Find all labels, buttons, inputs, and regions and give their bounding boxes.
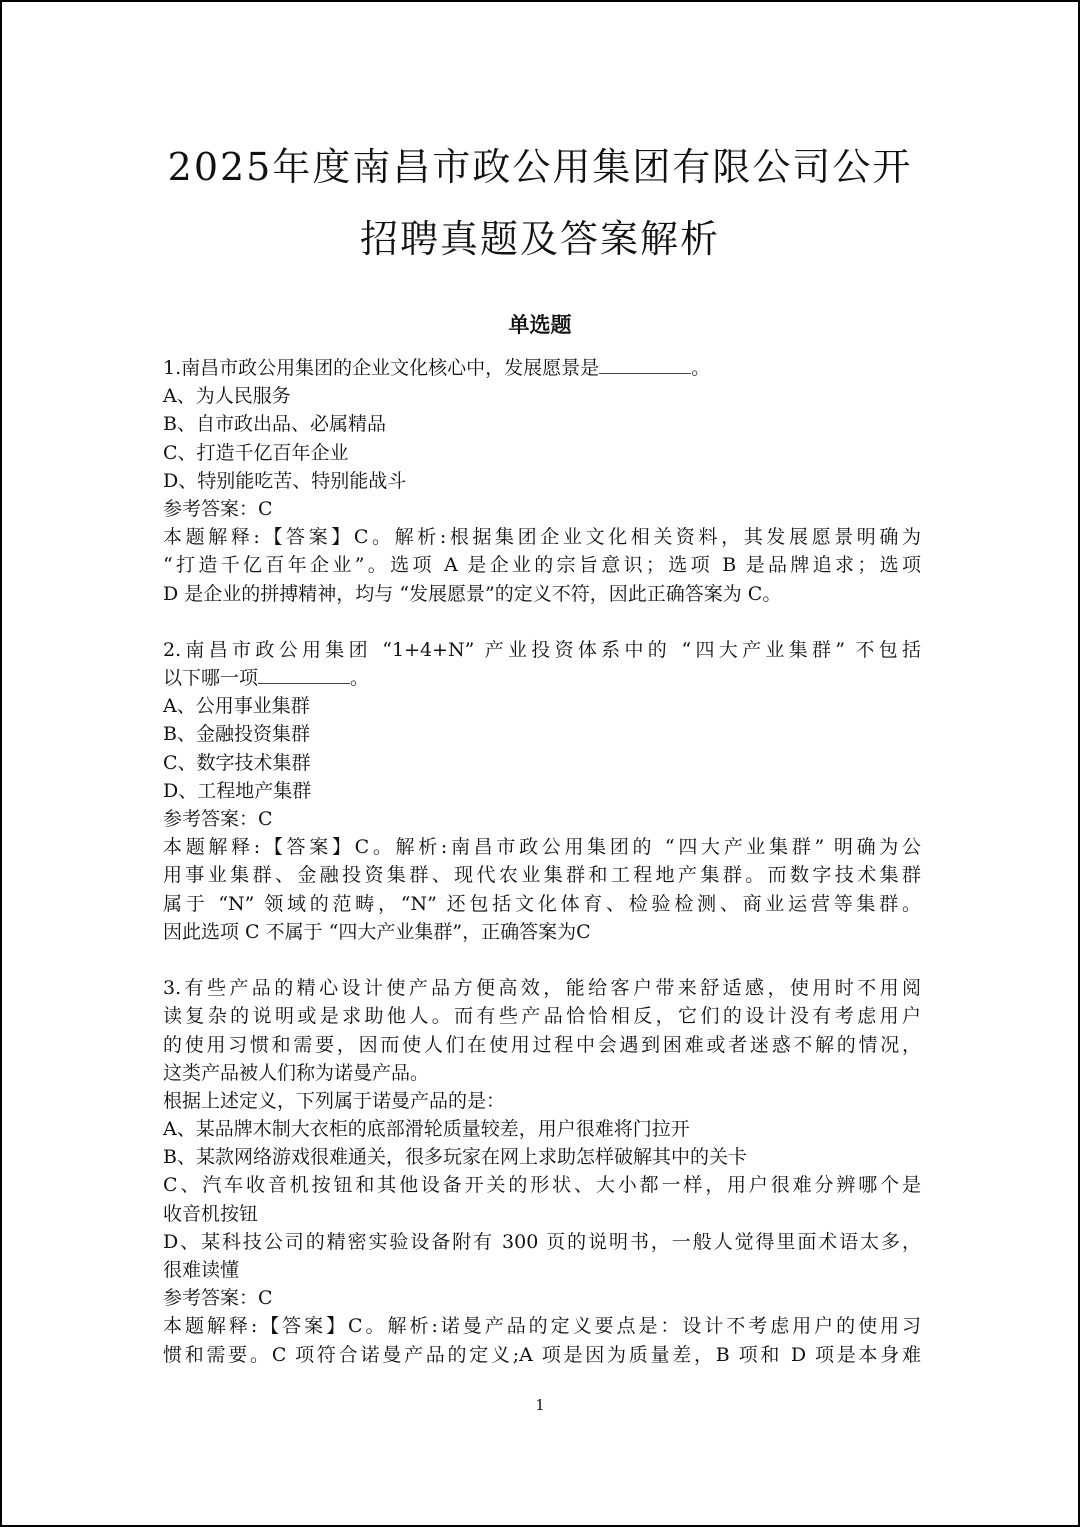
- question-stem: 的使用习惯和需要，因而使人们在使用过程中会遇到困难或者迷惑不解的情况，: [163, 1031, 921, 1059]
- question-prompt: 根据上述定义，下列属于诺曼产品的是：: [163, 1087, 921, 1115]
- option-b: B、金融投资集群: [163, 720, 921, 748]
- option-a: A、某品牌木制大衣柜的底部滑轮质量较差，用户很难将门拉开: [163, 1115, 921, 1143]
- explanation-line: 属于 “N” 领域的范畴，“N” 还包括文化体育、检验检测、商业运营等集群。: [163, 890, 921, 918]
- explanation-line: 因此选项 C 不属于 “四大产业集群”，正确答案为C: [163, 918, 921, 946]
- option-a: A、公用事业集群: [163, 692, 921, 720]
- option-b: B、某款网络游戏很难通关，很多玩家在网上求助怎样破解其中的关卡: [163, 1143, 921, 1171]
- question-1: 1.南昌市政公用集团的企业文化核心中，发展愿景是。 A、为人民服务 B、自市政出…: [163, 354, 921, 608]
- option-c: C、打造千亿百年企业: [163, 439, 921, 467]
- explanation-line: “打造千亿百年企业”。选项 A 是企业的宗旨意识；选项 B 是品牌追求；选项: [163, 551, 921, 579]
- answer-blank: [258, 665, 350, 684]
- section-heading-single-choice: 单选题: [2, 311, 1078, 339]
- spacer: [163, 608, 921, 636]
- explanation-line: D 是企业的拼搏精神，均与 “发展愿景”的定义不符，因此正确答案为 C。: [163, 580, 921, 608]
- option-d: D、特别能吃苦、特别能战斗: [163, 467, 921, 495]
- explanation-line: 用事业集群、金融投资集群、现代农业集群和工程地产集群。而数字技术集群: [163, 861, 921, 889]
- explanation-line: 惯和需要。C 项符合诺曼产品的定义;A 项是因为质量差，B 项和 D 项是本身难: [163, 1341, 921, 1369]
- reference-answer: 参考答案：C: [163, 495, 921, 523]
- spacer: [163, 946, 921, 974]
- explanation-line: 本题解释:【答案】C。解析:南昌市政公用集团的 “四大产业集群” 明确为公: [163, 833, 921, 861]
- answer-blank: [599, 355, 691, 374]
- reference-answer: 参考答案：C: [163, 1284, 921, 1312]
- page-number: 1: [2, 1395, 1078, 1415]
- option-d-continued: 很难读懂: [163, 1256, 921, 1284]
- option-c: C、数字技术集群: [163, 749, 921, 777]
- option-c: C、汽车收音机按钮和其他设备开关的形状、大小都一样，用户很难分辨哪个是: [163, 1171, 921, 1199]
- document-title-line-2: 招聘真题及答案解析: [2, 215, 1078, 263]
- explanation-line: 本题解释:【答案】C。解析:诺曼产品的定义要点是：设计不考虑用户的使用习: [163, 1312, 921, 1340]
- option-c-continued: 收音机按钮: [163, 1200, 921, 1228]
- option-a: A、为人民服务: [163, 382, 921, 410]
- document-title-line-1: 2025年度南昌市政公用集团有限公司公开: [2, 143, 1078, 191]
- explanation-line: 本题解释:【答案】C。解析:根据集团企业文化相关资料，其发展愿景明确为: [163, 523, 921, 551]
- question-stem: 这类产品被人们称为诺曼产品。: [163, 1059, 921, 1087]
- document-page: 2025年度南昌市政公用集团有限公司公开 招聘真题及答案解析 单选题 1.南昌市…: [0, 0, 1080, 1527]
- question-stem: 3.有些产品的精心设计使产品方便高效，能给客户带来舒适感，使用时不用阅: [163, 974, 921, 1002]
- reference-answer: 参考答案：C: [163, 805, 921, 833]
- question-stem-continued: 以下哪一项。: [163, 664, 921, 692]
- option-d: D、工程地产集群: [163, 777, 921, 805]
- question-stem: 1.南昌市政公用集团的企业文化核心中，发展愿景是。: [163, 354, 921, 382]
- question-list: 1.南昌市政公用集团的企业文化核心中，发展愿景是。 A、为人民服务 B、自市政出…: [163, 354, 921, 1369]
- question-3: 3.有些产品的精心设计使产品方便高效，能给客户带来舒适感，使用时不用阅 读复杂的…: [163, 974, 921, 1369]
- option-b: B、自市政出品、必属精品: [163, 410, 921, 438]
- question-2: 2.南昌市政公用集团 “1+4+N” 产业投资体系中的 “四大产业集群” 不包括…: [163, 636, 921, 946]
- option-d: D、某科技公司的精密实验设备附有 300 页的说明书，一般人觉得里面术语太多，: [163, 1228, 921, 1256]
- question-stem: 2.南昌市政公用集团 “1+4+N” 产业投资体系中的 “四大产业集群” 不包括: [163, 636, 921, 664]
- question-stem: 读复杂的说明或是求助他人。而有些产品恰恰相反，它们的设计没有考虑用户: [163, 1002, 921, 1030]
